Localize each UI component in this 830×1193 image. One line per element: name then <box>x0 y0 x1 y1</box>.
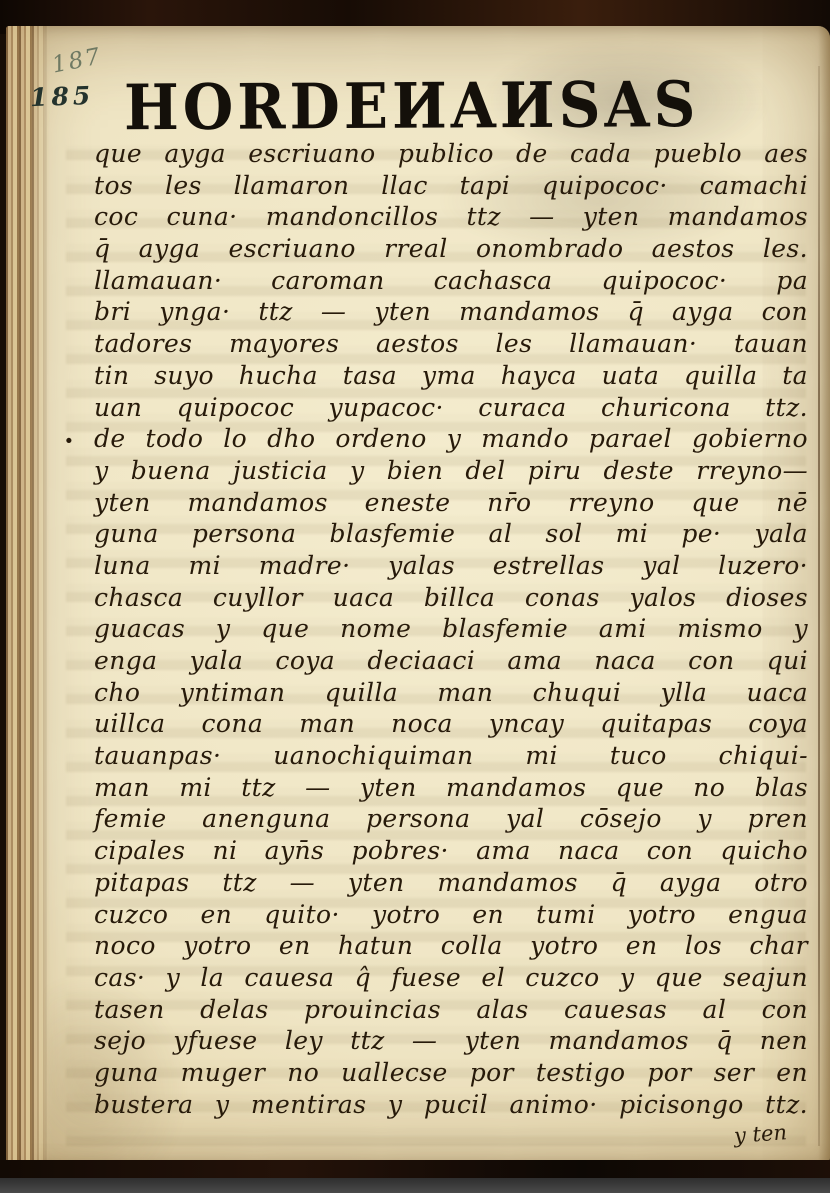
binding-edge <box>6 26 50 1166</box>
manuscript-photo: 187 185 HORDEИAИSAS · que ayga escriuano… <box>0 0 830 1193</box>
manuscript-line: uillca cona man noca yncay quitapas coya <box>94 708 808 740</box>
manuscript-line: man mi ttz — yten mandamos que no blas <box>94 772 808 804</box>
manuscript-line: tadores mayores aestos les llamauan· tau… <box>94 328 808 360</box>
manuscript-page: 187 185 HORDEИAИSAS · que ayga escriuano… <box>6 26 830 1166</box>
manuscript-line: y buena justicia y bien del piru deste r… <box>94 455 808 487</box>
manuscript-line: tin suyo hucha tasa yma hayca uata quill… <box>94 360 808 392</box>
manuscript-line: cho yntiman quilla man chuqui ylla uaca <box>94 677 808 709</box>
manuscript-line: llamauan· caroman cachasca quipococ· pa <box>94 265 808 297</box>
book-bottom-edge <box>0 1160 830 1180</box>
folio-number-original: 185 <box>30 81 95 112</box>
manuscript-line: tauanpas· uanochiquiman mi tuco chiqui- <box>94 740 808 772</box>
manuscript-line: q̄ ayga escriuano rreal onombrado aestos… <box>94 233 808 265</box>
manuscript-line: noco yotro en hatun colla yotro en los c… <box>94 930 808 962</box>
manuscript-line: de todo lo dho ordeno y mando parael gob… <box>94 423 808 455</box>
manuscript-line: chasca cuyllor uaca billca conas yalos d… <box>94 582 808 614</box>
page-title: HORDEИAИSAS <box>124 68 724 145</box>
manuscript-line: cipales ni ayn̄s pobres· ama naca con qu… <box>94 835 808 867</box>
margin-mark: · <box>64 424 74 457</box>
manuscript-line: que ayga escriuano publico de cada puebl… <box>94 138 808 170</box>
manuscript-line: femie anenguna persona yal cōsejo y pren <box>94 803 808 835</box>
manuscript-line: guna muger no uallecse por testigo por s… <box>94 1057 808 1089</box>
manuscript-line: cuzco en quito· yotro en tumi yotro engu… <box>94 899 808 931</box>
folio-number-modern: 187 <box>50 43 104 78</box>
manuscript-line: luna mi madre· yalas estrellas yal luzer… <box>94 550 808 582</box>
scan-bottom-strip <box>0 1178 830 1193</box>
manuscript-line: yten mandamos eneste nr̄o rreyno que nē <box>94 487 808 519</box>
manuscript-line: guna persona blasfemie al sol mi pe· yal… <box>94 518 808 550</box>
manuscript-line: bustera y mentiras y pucil animo· piciso… <box>94 1089 808 1121</box>
manuscript-line: uan quipococ yupacoc· curaca churicona t… <box>94 392 808 424</box>
catchword: y ten <box>733 1120 787 1148</box>
manuscript-line: guacas y que nome blasfemie ami mismo y <box>94 613 808 645</box>
manuscript-line: pitapas ttz — yten mandamos q̄ ayga otro <box>94 867 808 899</box>
manuscript-text: que ayga escriuano publico de cada puebl… <box>94 138 808 1120</box>
page-edge-shadow <box>818 26 830 1166</box>
manuscript-line: enga yala coya deciaaci ama naca con qui <box>94 645 808 677</box>
manuscript-line: sejo yfuese ley ttz — yten mandamos q̄ n… <box>94 1025 808 1057</box>
manuscript-line: bri ynga· ttz — yten mandamos q̄ ayga co… <box>94 296 808 328</box>
manuscript-line: tasen delas prouincias alas cauesas al c… <box>94 994 808 1026</box>
manuscript-line: coc cuna· mandoncillos ttz — yten mandam… <box>94 201 808 233</box>
manuscript-line: cas· y la cauesa q̂ fuese el cuzco y que… <box>94 962 808 994</box>
manuscript-line: tos les llamaron llac tapi quipococ· cam… <box>94 170 808 202</box>
